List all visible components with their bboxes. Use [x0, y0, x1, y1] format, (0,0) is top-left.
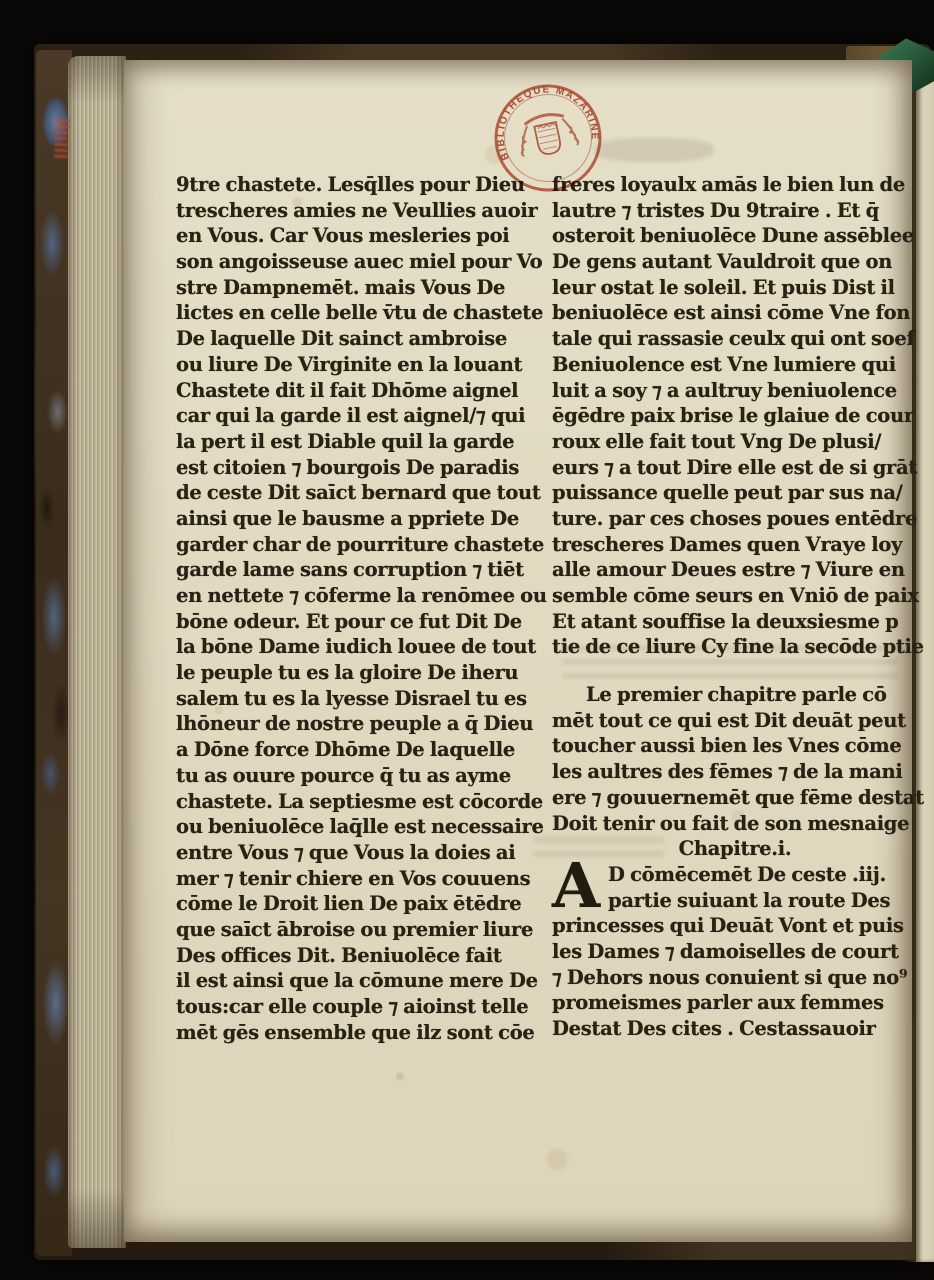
- text-line: ture. par ces choses poues entēdre: [552, 506, 918, 532]
- fore-edge-red-label: [54, 116, 70, 159]
- stamp-cord-right: [562, 116, 579, 147]
- text-line: Beniuolence est Vne lumiere qui: [552, 352, 918, 378]
- text-line: tu as ouure pource q̄ tu as ayme: [176, 763, 542, 789]
- text-line: De laquelle Dit sainct ambroise: [176, 326, 542, 352]
- text-line: car qui la garde il est aignel/⁊ qui: [176, 403, 542, 429]
- text-line: les aultres des fēmes ⁊ de la mani: [552, 759, 918, 785]
- text-line: garde lame sans corruption ⁊ tiēt: [176, 557, 542, 583]
- text-line: ainsi que le bausme a ppriete De: [176, 506, 542, 532]
- text-line: en nettete ⁊ cōferme la renōmee ou: [176, 583, 542, 609]
- text-line: mēt gēs ensemble que ilz sont cōe: [176, 1020, 542, 1046]
- library-stamp: BIBLIOTHEQUE MAZARINE: [482, 72, 615, 205]
- text-line: roux elle fait tout Vng De plusi/: [552, 429, 918, 455]
- text-line: 9tre chastete. Lesq̄lles pour Dieu: [176, 172, 542, 198]
- text-line: Le premier chapitre parle cō: [552, 682, 918, 708]
- text-line: en Vous. Car Vous mesleries poi: [176, 223, 542, 249]
- text-line: Des offices Dit. Beniuolēce fait: [176, 943, 542, 969]
- text-line: la pert il est Diable quil la garde: [176, 429, 542, 455]
- text-line: puissance quelle peut par sus na/: [552, 480, 918, 506]
- stamp-shield: [534, 122, 562, 156]
- text-line: lautre ⁊ tristes Du 9traire . Et q̄: [552, 198, 918, 224]
- text-line: leur ostat le soleil. Et puis Dist il: [552, 275, 918, 301]
- text-line: lhōneur de nostre peuple a q̄ Dieu: [176, 711, 542, 737]
- text-line: il est ainsi que la cōmune mere De: [176, 968, 542, 994]
- text-line: que saīct ābroise ou premier liure: [176, 917, 542, 943]
- stamp-cord-left: [517, 126, 534, 157]
- text-line: eurs ⁊ a tout Dire elle est de si grāt: [552, 455, 918, 481]
- paragraph-benivolence: freres loyaulx amās le bien lun delautre…: [552, 172, 918, 660]
- text-line: beniuolēce est ainsi cōme Vne fon: [552, 300, 918, 326]
- text-line: trescheres Dames quen Vraye loy: [552, 532, 918, 558]
- text-line: lictes en celle belle v̄tu de chastete: [176, 300, 542, 326]
- text-line: osteroit beniuolēce Dune assēblee: [552, 223, 918, 249]
- text-line: salem tu es la lyesse Disrael tu es: [176, 686, 542, 712]
- marbled-cover-edge: [36, 50, 72, 1256]
- text-line: le peuple tu es la gloire De iheru: [176, 660, 542, 686]
- text-line: ou beniuolēce laq̄lle est necessaire: [176, 814, 542, 840]
- text-line: mēt tout ce qui est Dit deuāt peut: [552, 708, 918, 734]
- paragraph-chapter-one: A D cōmēcemēt De ceste .iij. partie suiu…: [552, 862, 918, 1042]
- text-line: est citoien ⁊ bourgois De paradis: [176, 455, 542, 481]
- text-line: ⁊ Dehors nous conuient si que no⁹: [552, 965, 918, 991]
- bleed-through-folio-mark: [594, 138, 714, 162]
- text-column-left: 9tre chastete. Lesq̄lles pour Dieutresch…: [176, 172, 542, 1045]
- text-line: mer ⁊ tenir chiere en Vos couuens: [176, 866, 542, 892]
- text-line: tous:car elle couple ⁊ aioinst telle: [176, 994, 542, 1020]
- text-line: tale qui rassasie ceulx qui ont soef: [552, 326, 918, 352]
- text-line: bōne odeur. Et pour ce fut Dit De: [176, 609, 542, 635]
- text-line: ēgēdre paix brise le glaiue de cour: [552, 403, 918, 429]
- text-line: De gens autant Vauldroit que on: [552, 249, 918, 275]
- text-line: luit a soy ⁊ a aultruy beniuolence: [552, 378, 918, 404]
- text-line: entre Vous ⁊ que Vous la doies ai: [176, 840, 542, 866]
- text-line: chastete. La septiesme est cōcorde: [176, 789, 542, 815]
- drop-cap-initial: A: [552, 862, 608, 913]
- text-line: alle amour Deues estre ⁊ Viure en: [552, 557, 918, 583]
- text-line: Chastete dit il fait Dhōme aignel: [176, 378, 542, 404]
- next-page-edge: [916, 58, 934, 1262]
- chapter-heading: Chapitre.i.: [552, 836, 918, 862]
- text-line: tie de ce liure Cy fine la secōde ptie: [552, 634, 918, 660]
- text-line: ere ⁊ gouuernemēt que fēme destat: [552, 785, 918, 811]
- text-line: ou liure De Virginite en la louant: [176, 352, 542, 378]
- text-line: son angoisseuse auec miel pour Vo: [176, 249, 542, 275]
- text-line: Destat Des cites . Cestassauoir: [552, 1016, 918, 1042]
- text-line: cōme le Droit lien De paix ētēdre: [176, 891, 542, 917]
- text-line: semble cōme seurs en Vniō de paix: [552, 583, 918, 609]
- page-edges-stack: [68, 56, 126, 1248]
- text-column-right: freres loyaulx amās le bien lun delautre…: [552, 172, 918, 1042]
- text-line: stre Dampnemēt. mais Vous De: [176, 275, 542, 301]
- text-line: garder char de pourriture chastete: [176, 532, 542, 558]
- text-line: promeismes parler aux femmes: [552, 990, 918, 1016]
- text-line: Et atant souffise la deuxsiesme p: [552, 609, 918, 635]
- text-line: de ceste Dit saīct bernard que tout: [176, 480, 542, 506]
- text-line: la bōne Dame iudich louee de tout: [176, 634, 542, 660]
- book-page: 9tre chastete. Lesq̄lles pour Dieutresch…: [124, 60, 912, 1242]
- text-line: toucher aussi bien les Vnes cōme: [552, 733, 918, 759]
- book-scan-photo: 9tre chastete. Lesq̄lles pour Dieutresch…: [0, 0, 934, 1280]
- text-line: princesses qui Deuāt Vont et puis: [552, 913, 918, 939]
- stamp-hat: [524, 111, 564, 124]
- text-line: les Dames ⁊ damoiselles de court: [552, 939, 918, 965]
- text-line: a Dōne force Dhōme De laquelle: [176, 737, 542, 763]
- text-line: trescheres amies ne Veullies auoir: [176, 198, 542, 224]
- text-line: Doit tenir ou fait de son mesnaige: [552, 811, 918, 837]
- paragraph-chapter-summary: Le premier chapitre parle cōmēt tout ce …: [552, 682, 918, 836]
- stamp-shield-hatch: [538, 128, 559, 149]
